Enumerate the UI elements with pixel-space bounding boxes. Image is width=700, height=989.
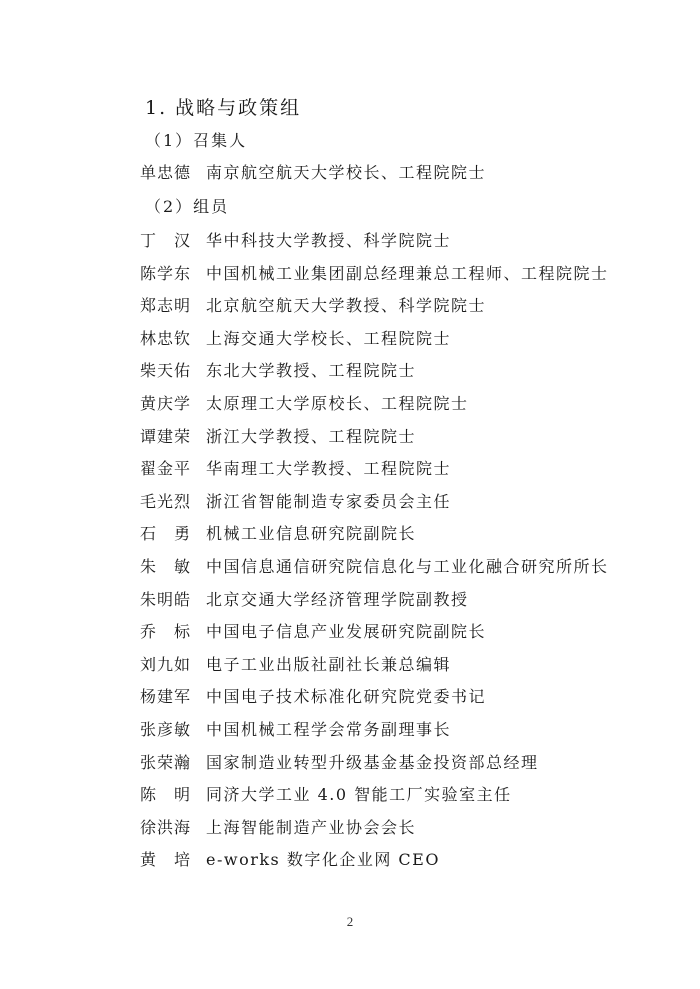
member-role: 中国信息通信研究院信息化与工业化融合研究所所长	[206, 556, 609, 578]
members-heading: （2）组员	[145, 196, 229, 218]
member-name: 张荣瀚	[140, 752, 204, 774]
member-name: 徐洪海	[140, 817, 204, 839]
member-name: 林忠钦	[140, 328, 204, 350]
member-row: 单忠德 南京航空航天大学校长、工程院院士	[140, 162, 486, 184]
member-role: 上海智能制造产业协会会长	[206, 817, 416, 839]
member-role: 浙江省智能制造专家委员会主任	[206, 491, 451, 513]
member-row: 徐洪海上海智能制造产业协会会长	[140, 817, 416, 839]
member-name: 郑志明	[140, 295, 204, 317]
member-role: 太原理工大学原校长、工程院院士	[206, 393, 469, 415]
member-role: 北京航空航天大学教授、科学院院士	[206, 295, 486, 317]
member-name: 朱明皓	[140, 589, 204, 611]
member-role: 南京航空航天大学校长、工程院院士	[206, 162, 486, 184]
member-row: 杨建军中国电子技术标准化研究院党委书记	[140, 686, 486, 708]
member-row: 林忠钦上海交通大学校长、工程院院士	[140, 328, 451, 350]
member-name: 朱 敏	[140, 556, 204, 578]
member-name: 杨建军	[140, 686, 204, 708]
member-role: 中国机械工业集团副总经理兼总工程师、工程院院士	[206, 263, 609, 285]
member-role: 浙江大学教授、工程院院士	[206, 426, 416, 448]
member-name: 丁 汉	[140, 230, 204, 252]
member-row: 黄 培e-works 数字化企业网 CEO	[140, 849, 440, 871]
page-number: 2	[0, 914, 700, 930]
member-name: 黄庆学	[140, 393, 204, 415]
member-name: 石 勇	[140, 523, 204, 545]
member-role: e-works 数字化企业网 CEO	[206, 849, 440, 871]
member-name: 陈学东	[140, 263, 204, 285]
member-role: 华中科技大学教授、科学院院士	[206, 230, 451, 252]
member-row: 郑志明北京航空航天大学教授、科学院院士	[140, 295, 486, 317]
member-row: 毛光烈浙江省智能制造专家委员会主任	[140, 491, 451, 513]
member-name: 单忠德	[140, 162, 204, 184]
member-row: 乔 标中国电子信息产业发展研究院副院长	[140, 621, 486, 643]
member-name: 陈 明	[140, 784, 204, 806]
member-name: 张彦敏	[140, 719, 204, 741]
member-role: 国家制造业转型升级基金基金投资部总经理	[206, 752, 539, 774]
member-name: 柴天佑	[140, 360, 204, 382]
member-name: 黄 培	[140, 849, 204, 871]
member-name: 谭建荣	[140, 426, 204, 448]
member-name: 乔 标	[140, 621, 204, 643]
member-name: 翟金平	[140, 458, 204, 480]
member-role: 北京交通大学经济管理学院副教授	[206, 589, 469, 611]
member-row: 柴天佑东北大学教授、工程院院士	[140, 360, 416, 382]
member-row: 黄庆学太原理工大学原校长、工程院院士	[140, 393, 469, 415]
member-name: 刘九如	[140, 654, 204, 676]
member-role: 同济大学工业 4.0 智能工厂实验室主任	[206, 784, 512, 806]
member-row: 石 勇机械工业信息研究院副院长	[140, 523, 416, 545]
member-name: 毛光烈	[140, 491, 204, 513]
member-row: 朱 敏中国信息通信研究院信息化与工业化融合研究所所长	[140, 556, 609, 578]
convener-heading: （1）召集人	[145, 130, 247, 152]
member-row: 陈学东中国机械工业集团副总经理兼总工程师、工程院院士	[140, 263, 609, 285]
member-row: 刘九如电子工业出版社副社长兼总编辑	[140, 654, 451, 676]
member-row: 张荣瀚国家制造业转型升级基金基金投资部总经理	[140, 752, 539, 774]
member-role: 东北大学教授、工程院院士	[206, 360, 416, 382]
member-row: 朱明皓北京交通大学经济管理学院副教授	[140, 589, 469, 611]
member-row: 翟金平华南理工大学教授、工程院院士	[140, 458, 451, 480]
member-row: 谭建荣浙江大学教授、工程院院士	[140, 426, 416, 448]
member-role: 中国电子信息产业发展研究院副院长	[206, 621, 486, 643]
member-row: 丁 汉华中科技大学教授、科学院院士	[140, 230, 451, 252]
member-role: 机械工业信息研究院副院长	[206, 523, 416, 545]
section-title: 1. 战略与政策组	[145, 96, 301, 120]
member-row: 陈 明同济大学工业 4.0 智能工厂实验室主任	[140, 784, 512, 806]
document-page: 1. 战略与政策组 （1）召集人 单忠德 南京航空航天大学校长、工程院院士 （2…	[0, 0, 700, 989]
member-role: 华南理工大学教授、工程院院士	[206, 458, 451, 480]
member-role: 中国电子技术标准化研究院党委书记	[206, 686, 486, 708]
member-role: 中国机械工程学会常务副理事长	[206, 719, 451, 741]
member-role: 上海交通大学校长、工程院院士	[206, 328, 451, 350]
member-row: 张彦敏中国机械工程学会常务副理事长	[140, 719, 451, 741]
member-role: 电子工业出版社副社长兼总编辑	[206, 654, 451, 676]
